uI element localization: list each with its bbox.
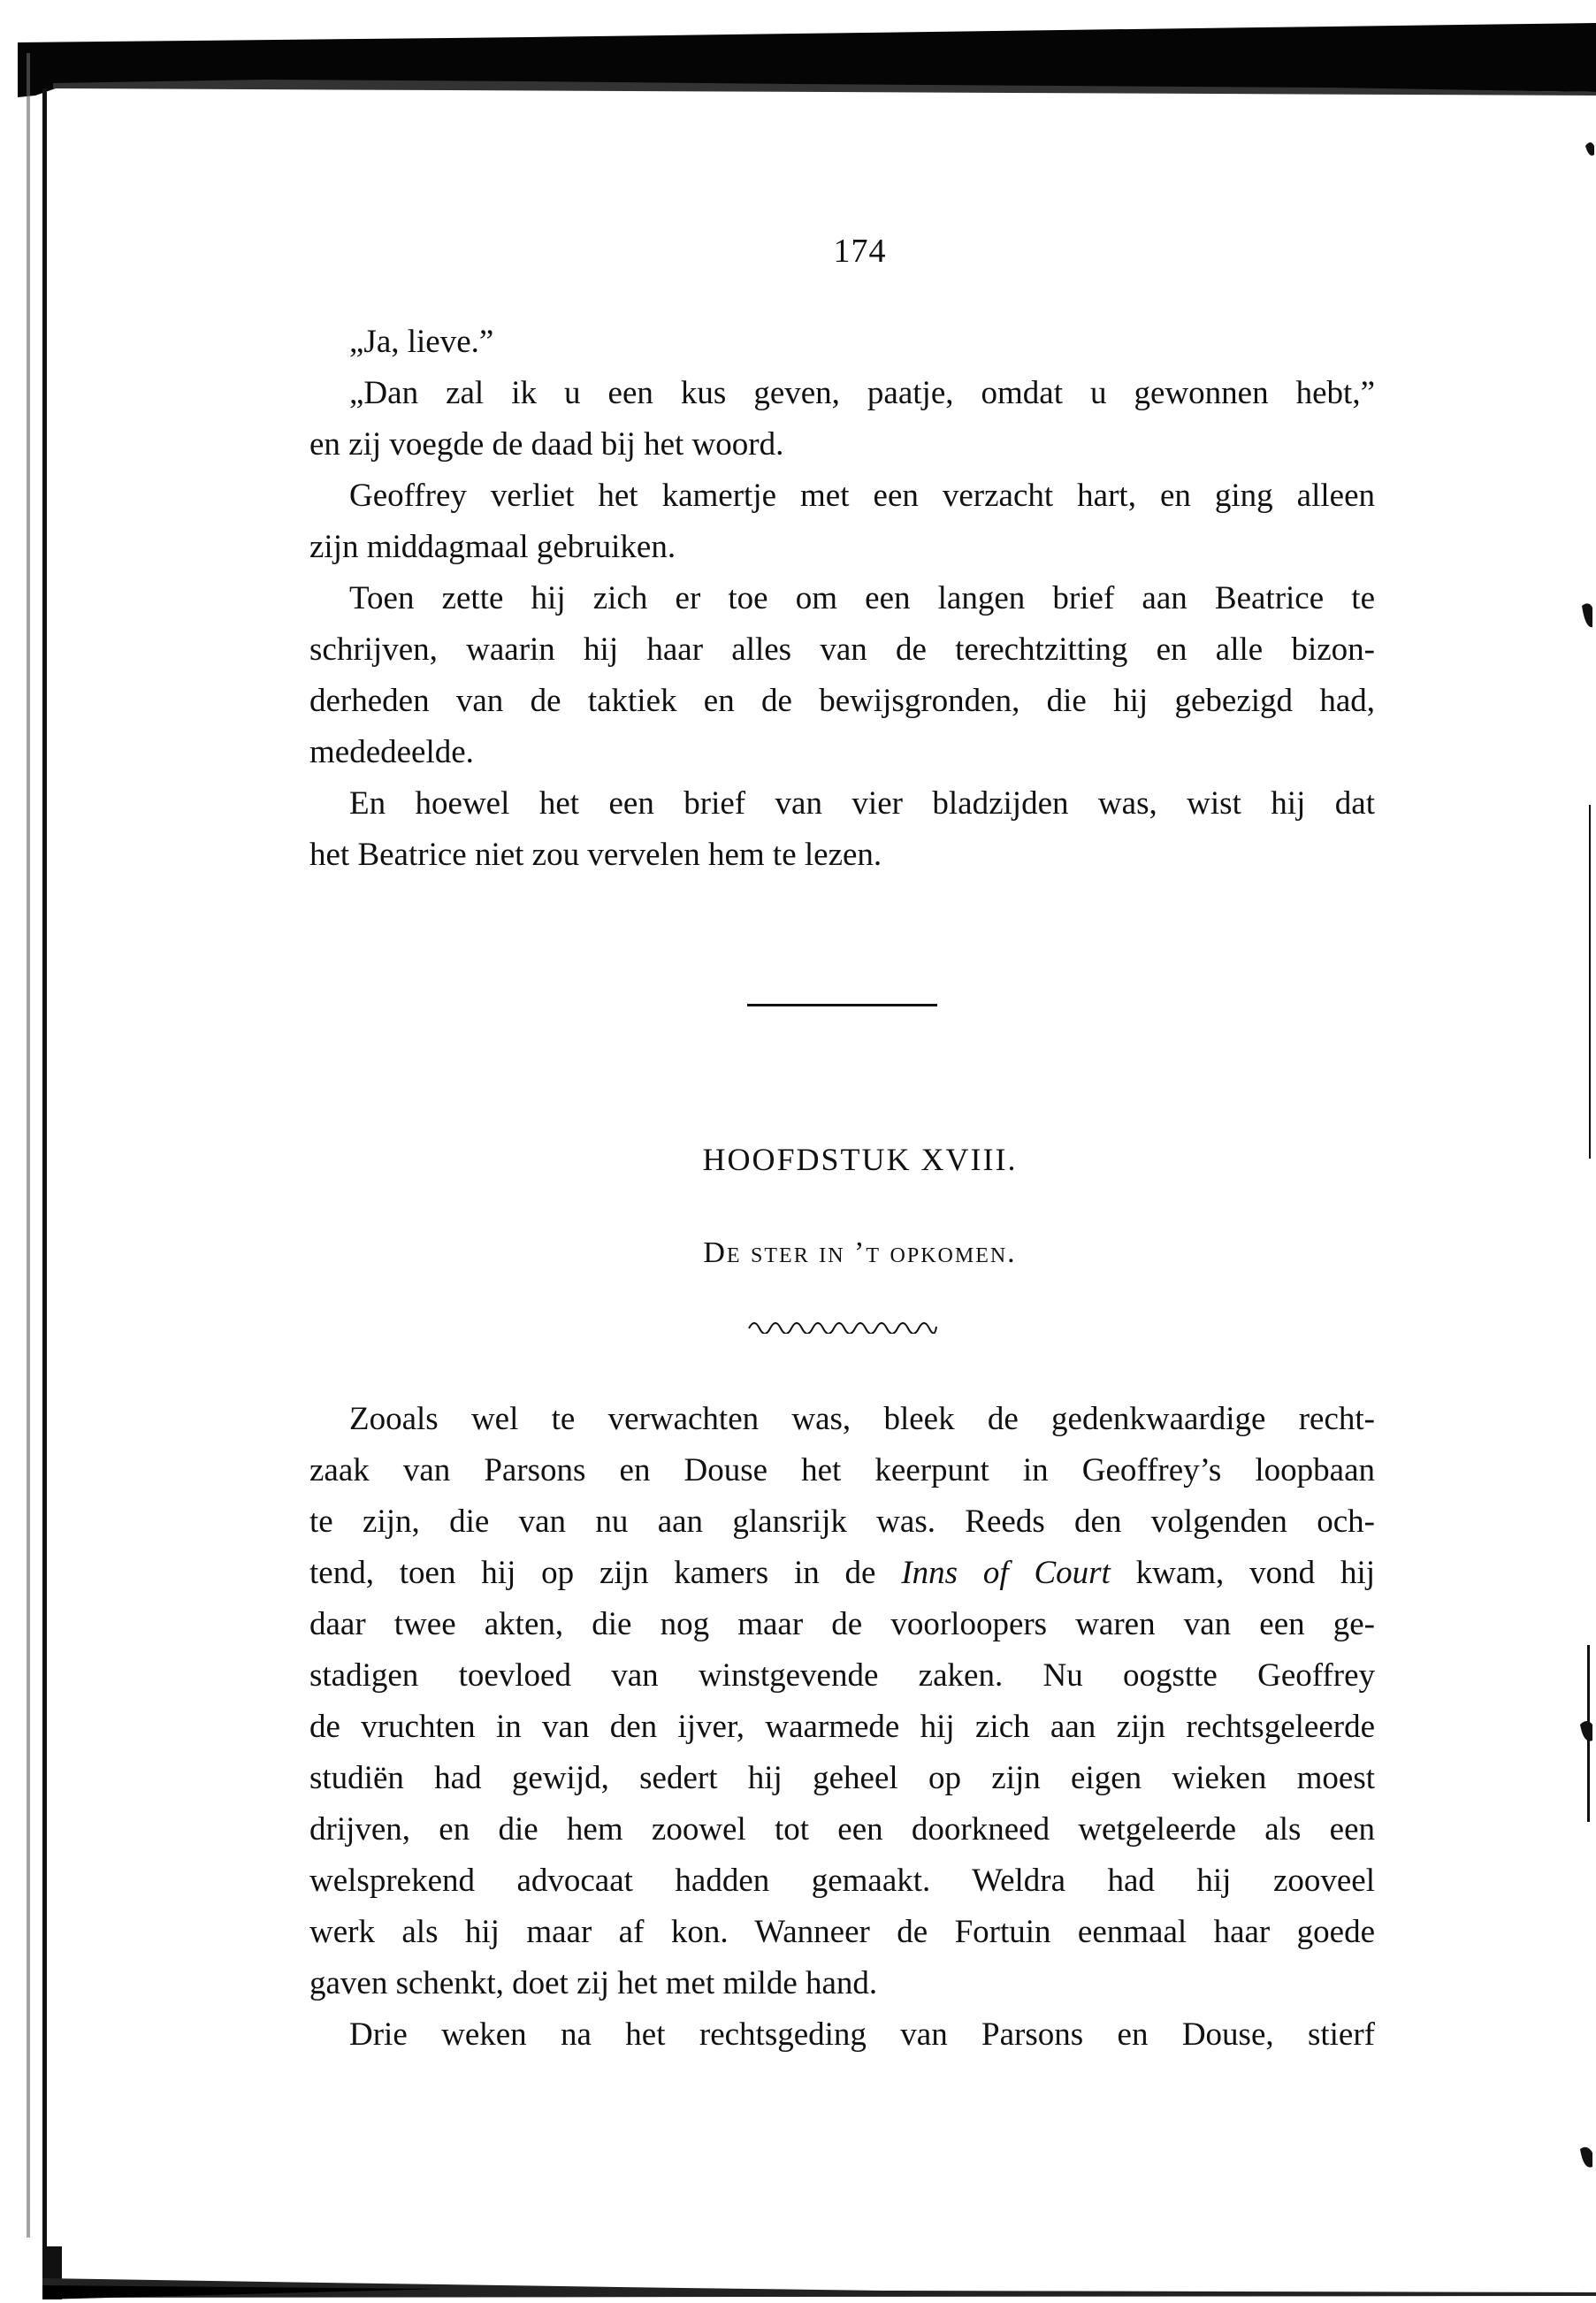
text-line: schrijven, waarin hij haar alles van de … bbox=[309, 624, 1375, 676]
paragraph: Drie weken na het rechtsgeding van Parso… bbox=[309, 2009, 1375, 2061]
text-line: het Beatrice niet zou vervelen hem te le… bbox=[309, 830, 1375, 881]
text-line: en zij voegde de daad bij het woord. bbox=[309, 419, 1375, 471]
text-line: zijn middagmaal gebruiken. bbox=[309, 522, 1375, 573]
text-line: te zijn, die van nu aan glansrijk was. R… bbox=[309, 1496, 1375, 1548]
text-line: Drie weken na het rechtsgeding van Parso… bbox=[309, 2009, 1375, 2061]
page-number: 174 bbox=[62, 232, 1596, 271]
scan-bottom-shadow bbox=[0, 2268, 1596, 2303]
text-line: Toen zette hij zich er toe om een langen… bbox=[309, 573, 1375, 624]
text-line: gaven schenkt, doet zij het met milde ha… bbox=[309, 1958, 1375, 2009]
paragraph: „Dan zal ik u een kus geven, paatje, omd… bbox=[309, 368, 1375, 471]
text-line: welsprekend advocaat hadden gemaakt. Wel… bbox=[309, 1855, 1375, 1907]
scan-right-edge bbox=[1561, 53, 1596, 2303]
text-line: mededeelde. bbox=[309, 727, 1375, 778]
text-line: Geoffrey verliet het kamertje met een ve… bbox=[309, 471, 1375, 522]
section-divider-rule bbox=[747, 1004, 937, 1006]
paragraph: Geoffrey verliet het kamertje met een ve… bbox=[309, 471, 1375, 573]
wavy-ornament-icon bbox=[747, 1314, 937, 1334]
paragraph: En hoewel het een brief van vier bladzij… bbox=[309, 778, 1375, 881]
chapter-body-text: Zooals wel te verwachten was, bleek de g… bbox=[309, 1394, 1375, 2061]
text-line: „Dan zal ik u een kus geven, paatje, omd… bbox=[309, 368, 1375, 419]
top-text-section: „Ja, lieve.”„Dan zal ik u een kus geven,… bbox=[309, 317, 1375, 881]
paragraph: Toen zette hij zich er toe om een langen… bbox=[309, 573, 1375, 778]
chapter-title: HOOFDSTUK XVIII. bbox=[62, 1141, 1596, 1178]
italic-phrase: Inns of Court bbox=[901, 1555, 1111, 1591]
text-line: tend, toen hij op zijn kamers in de Inns… bbox=[309, 1548, 1375, 1599]
text-line: „Ja, lieve.” bbox=[309, 317, 1375, 368]
paragraph: Zooals wel te verwachten was, bleek de g… bbox=[309, 1394, 1375, 2009]
text-line: daar twee akten, die nog maar de voorloo… bbox=[309, 1599, 1375, 1650]
text-line: En hoewel het een brief van vier bladzij… bbox=[309, 778, 1375, 830]
text-line: Zooals wel te verwachten was, bleek de g… bbox=[309, 1394, 1375, 1445]
text-line: drijven, en die hem zoowel tot een doork… bbox=[309, 1804, 1375, 1855]
text-line: studiën had gewijd, sedert hij geheel op… bbox=[309, 1753, 1375, 1804]
scan-left-edge bbox=[0, 53, 62, 2303]
text-line: stadigen toevloed van winstgevende zaken… bbox=[309, 1650, 1375, 1702]
scan-top-shadow bbox=[0, 0, 1596, 97]
text-line: werk als hij maar af kon. Wanneer de For… bbox=[309, 1907, 1375, 1958]
paragraph: „Ja, lieve.” bbox=[309, 317, 1375, 368]
chapter-subtitle: De ster in ’t opkomen. bbox=[62, 1236, 1596, 1270]
text-line: derheden van de taktiek en de bewijsgron… bbox=[309, 676, 1375, 727]
text-line: zaak van Parsons en Douse het keerpunt i… bbox=[309, 1445, 1375, 1496]
text-line: de vruchten in van den ijver, waarmede h… bbox=[309, 1702, 1375, 1753]
